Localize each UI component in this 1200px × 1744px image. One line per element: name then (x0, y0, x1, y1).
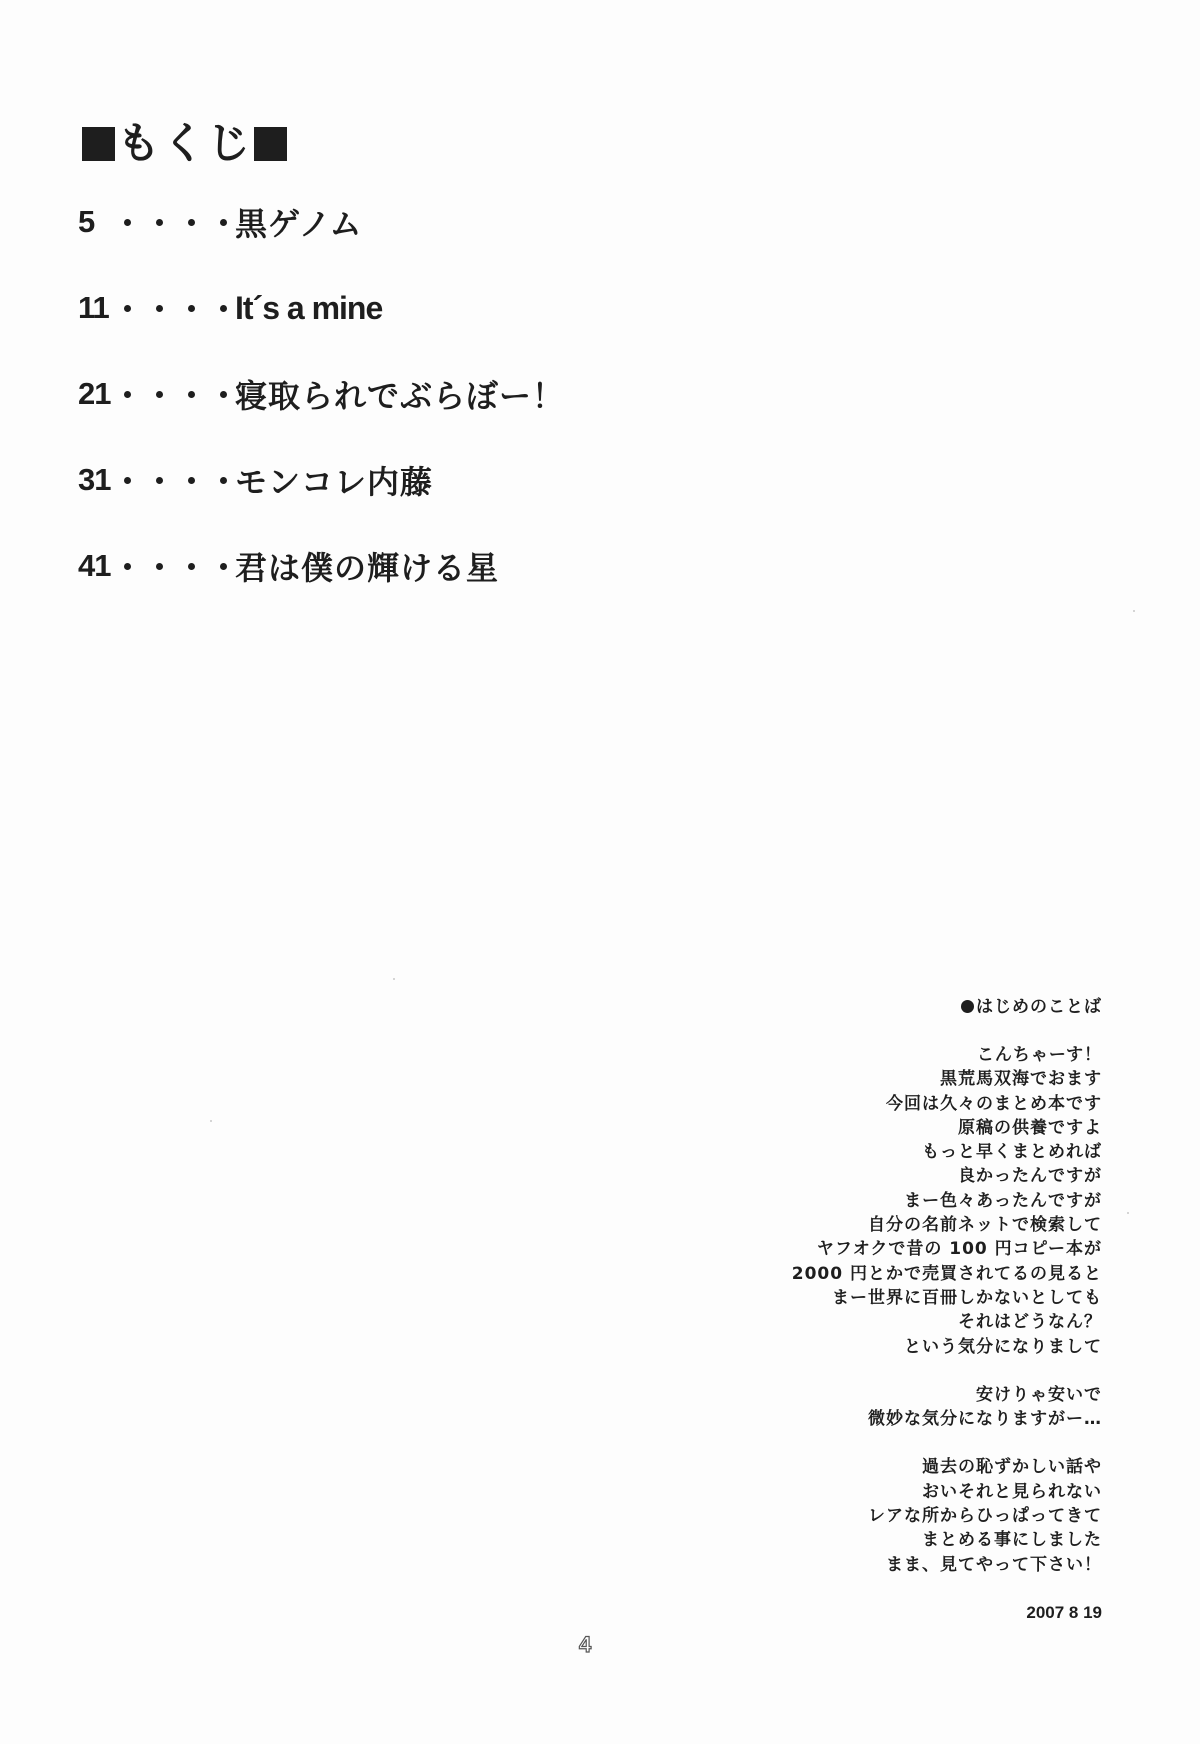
intro-line: 微妙な気分になりますがー… (682, 1407, 1102, 1431)
toc-page-number: 41 (78, 548, 116, 584)
toc-entry-title: 寝取られでぶらぼー！ (235, 371, 565, 417)
page-number: 4 (579, 1632, 591, 1658)
toc-item: 5 黒ゲノム (78, 200, 363, 244)
intro-line: レアな所からひっぱってきて (682, 1504, 1102, 1528)
intro-line: 黒荒馬双海でおます (682, 1067, 1102, 1091)
toc-entry-title: モンコレ内藤 (235, 457, 433, 503)
intro-paragraph: 安けりゃ安いで 微妙な気分になりますがー… (682, 1383, 1102, 1432)
square-bullet-icon (82, 127, 115, 161)
toc-item: 31 モンコレ内藤 (78, 458, 433, 502)
intro-line: という気分になりまして (682, 1335, 1102, 1359)
intro-line: ヤフオクで昔の 100 円コピー本が (682, 1237, 1102, 1261)
intro-line: まとめる事にしました (682, 1528, 1102, 1552)
square-bullet-icon (254, 127, 287, 161)
book-page: もくじ 5 黒ゲノム 11 It´s a mine 21 寝取られでぶらぼー！ … (0, 0, 1200, 1744)
leader-dots (124, 477, 227, 484)
toc-entry-title: It´s a mine (235, 290, 382, 327)
intro-line: まー世界に百冊しかないとしても (682, 1286, 1102, 1310)
toc-item: 11 It´s a mine (78, 286, 382, 330)
intro-heading: はじめのことば (682, 995, 1102, 1019)
intro-paragraph: こんちゃーす！ 黒荒馬双海でおます 今回は久々のまとめ本です 原稿の供養ですよ … (682, 1043, 1102, 1359)
intro-paragraph: 過去の恥ずかしい話や おいそれと見られない レアな所からひっぱってきて まとめる… (682, 1455, 1102, 1576)
intro-line: 良かったんですが (682, 1164, 1102, 1188)
toc-entry-title: 黒ゲノム (235, 199, 363, 245)
scan-speck (210, 1120, 212, 1122)
toc-item: 41 君は僕の輝ける星 (78, 544, 499, 588)
intro-line: まー色々あったんですが (682, 1189, 1102, 1213)
intro-heading-text: はじめのことば (976, 997, 1102, 1017)
toc-title: もくじ (80, 118, 289, 170)
intro-line: それはどうなん？ (682, 1310, 1102, 1334)
circle-bullet-icon (961, 1000, 974, 1013)
leader-dots (124, 391, 227, 398)
intro-line: まま、見てやって下さい！ (682, 1553, 1102, 1577)
scan-speck (1127, 1212, 1129, 1214)
intro-line: 過去の恥ずかしい話や (682, 1455, 1102, 1479)
toc-page-number: 21 (78, 376, 116, 412)
intro-line: 今回は久々のまとめ本です (682, 1092, 1102, 1116)
scan-speck (1133, 610, 1135, 612)
date-stamp: 2007 8 19 (682, 1601, 1102, 1625)
toc-entry-title: 君は僕の輝ける星 (235, 543, 499, 589)
intro-line: こんちゃーす！ (682, 1043, 1102, 1067)
toc-page-number: 11 (78, 290, 116, 326)
leader-dots (124, 305, 227, 312)
toc-item: 21 寝取られでぶらぼー！ (78, 372, 565, 416)
intro-line: もっと早くまとめれば (682, 1140, 1102, 1164)
intro-line: おいそれと見られない (682, 1480, 1102, 1504)
toc-page-number: 31 (78, 462, 116, 498)
intro-note: はじめのことば こんちゃーす！ 黒荒馬双海でおます 今回は久々のまとめ本です 原… (682, 995, 1102, 1625)
toc-title-text: もくじ (117, 118, 252, 170)
intro-line: 原稿の供養ですよ (682, 1116, 1102, 1140)
toc-page-number: 5 (78, 204, 116, 240)
leader-dots (124, 219, 227, 226)
leader-dots (124, 563, 227, 570)
intro-line: 2000 円とかで売買されてるの見ると (682, 1262, 1102, 1286)
intro-line: 自分の名前ネットで検索して (682, 1213, 1102, 1237)
intro-line: 安けりゃ安いで (682, 1383, 1102, 1407)
scan-speck (393, 978, 395, 980)
